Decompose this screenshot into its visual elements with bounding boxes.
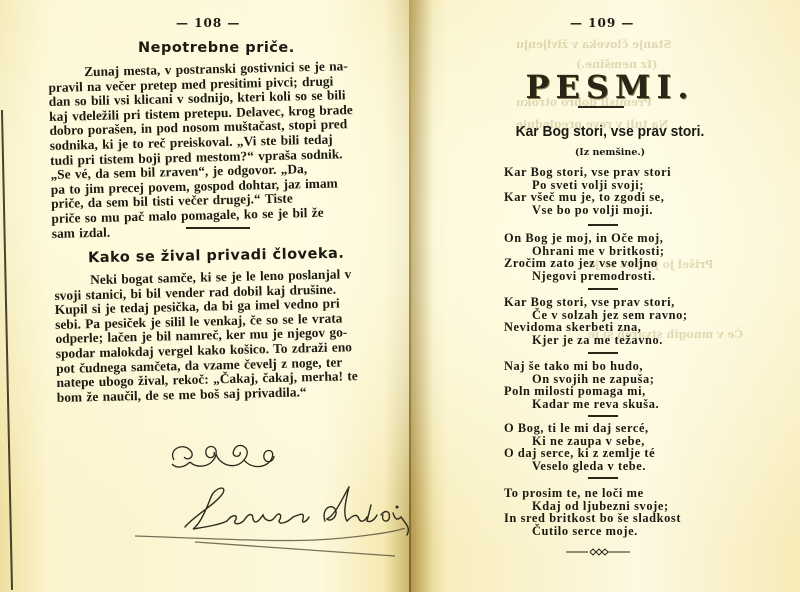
right-page: — 109 — Stanje človeka v življenju (Iz n… (420, 0, 800, 592)
signature-underline (135, 528, 405, 558)
book-spread: — 108 — Nepotrebne priče. Zunaj mesta, v… (0, 0, 800, 592)
left-page: — 108 — Nepotrebne priče. Zunaj mesta, v… (0, 0, 410, 592)
verse-line: Poln milosti pomaga mi, (504, 385, 659, 398)
story-title-nepotrebne-price: Nepotrebne priče. (138, 40, 295, 56)
page-number-right: — 109 — (570, 16, 634, 30)
title-divider (578, 106, 624, 108)
verse-line: To prosim te, ne loči me (504, 487, 681, 500)
poem-stanza: Naj še tako mi bo hudo, On svojih ne zap… (504, 360, 659, 410)
verse-line: Veselo gleda v tebe. (504, 460, 655, 473)
section-title-pesmi: PESMI. (420, 68, 800, 106)
verse-line: O daj serce, ki z zemlje té (504, 447, 655, 460)
verse-line: Čutilo serce moje. (504, 525, 681, 538)
poem-stanza: On Bog je moj, in Oče moj, Ohrani me v b… (504, 232, 665, 282)
stanza-divider (588, 288, 618, 290)
stanza-divider (588, 352, 618, 354)
flourish-ornament-icon (168, 440, 284, 470)
section-divider (186, 227, 250, 229)
poem-stanza: To prosim te, ne loči me Kdaj od ljubezn… (504, 487, 681, 537)
poem-title: Kar Bog stori, vse prav stori. (435, 123, 785, 140)
verse-line: Vse bo po volji moji. (504, 204, 671, 217)
verse-line: O Bog, ti le mi daj sercé, (504, 422, 655, 435)
verse-line: Kar všeč mu je, to zgodi se, (504, 191, 671, 204)
page-number-left: — 108 — (176, 16, 240, 30)
verse-line: Njegovi premodrosti. (504, 270, 665, 283)
stanza-divider (588, 224, 618, 226)
poem-stanza: Kar Bog stori, vse prav stori, Če v solz… (504, 296, 688, 346)
story-body-kako-se-zival: Neki bogat samče, ki se je le leno posla… (54, 266, 397, 405)
story-body-nepotrebne-price: Zunaj mesta, v postranski gostivnici se … (48, 58, 388, 241)
poem-stanza: O Bog, ti le mi daj sercé, Ki ne zaupa v… (504, 422, 655, 472)
end-ornament-icon (566, 548, 630, 556)
verse-line: Kar Bog stori, vse prav stori, (504, 296, 688, 309)
bleed-through-text: Stanje človeka v življenju (516, 38, 671, 51)
story-title-kako-se-zival: Kako se žival privadi človeka. (88, 246, 345, 266)
verse-line: Nevidoma skerbeti zna, (504, 321, 688, 334)
verse-line: Naj še tako mi bo hudo, (504, 360, 659, 373)
poem-stanza: Kar Bog stori, vse prav stori Po sveti v… (504, 166, 671, 216)
verse-line: Kar Bog stori, vse prav stori (504, 166, 671, 179)
verse-line: Zročim zato jez vse voljno (504, 257, 665, 270)
stanza-divider (588, 477, 618, 479)
stanza-divider (588, 415, 618, 417)
verse-line: Kadar me reva skuša. (504, 398, 659, 411)
verse-line: In sred britkost bo še sladkost (504, 512, 681, 525)
verse-line: Kjer je za me težavno. (504, 334, 688, 347)
verse-line: On Bog je moj, in Oče moj, (504, 232, 665, 245)
poem-subtitle: (Iz nemšine.) (420, 147, 800, 158)
